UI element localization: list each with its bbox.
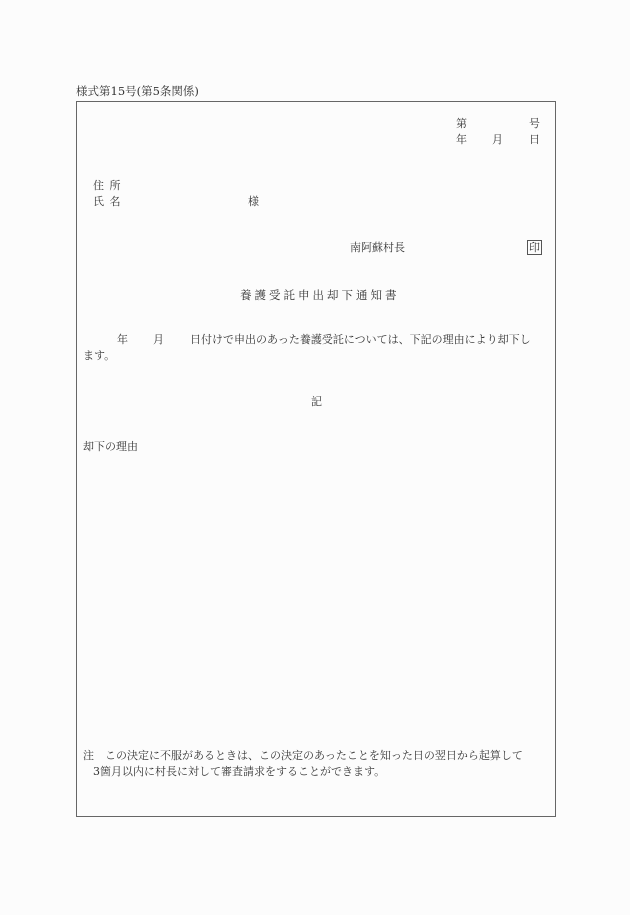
document-frame <box>76 101 556 817</box>
date-month: 月 <box>492 133 503 147</box>
body-month: 月 <box>153 333 164 347</box>
issuer-name: 南阿蘇村長 <box>350 241 405 255</box>
reason-label: 却下の理由 <box>83 440 138 454</box>
number-suffix: 号 <box>529 117 540 131</box>
address-label: 住 所 <box>93 179 122 193</box>
document-title: 養護受託申出却下通知書 <box>240 288 400 302</box>
ki-heading: 記 <box>311 395 322 409</box>
name-label: 氏 名 <box>93 195 122 209</box>
honorific: 様 <box>248 195 259 209</box>
note-line1: 注 この決定に不服があるときは、この決定のあったことを知った日の翌日から起算して <box>83 749 523 763</box>
date-year: 年 <box>456 133 467 147</box>
date-day: 日 <box>529 133 540 147</box>
body-text-line2: ます。 <box>83 349 115 363</box>
body-year: 年 <box>117 333 128 347</box>
form-number-label: 様式第15号(第5条関係) <box>76 84 199 98</box>
number-prefix: 第 <box>456 117 467 131</box>
note-line2: 3箇月以内に村長に対して審査請求をすることができます。 <box>93 765 385 779</box>
seal-mark: 印 <box>527 240 542 255</box>
body-text-line1: 日付けで申出のあった養護受託については、下記の理由により却下し <box>190 333 531 347</box>
